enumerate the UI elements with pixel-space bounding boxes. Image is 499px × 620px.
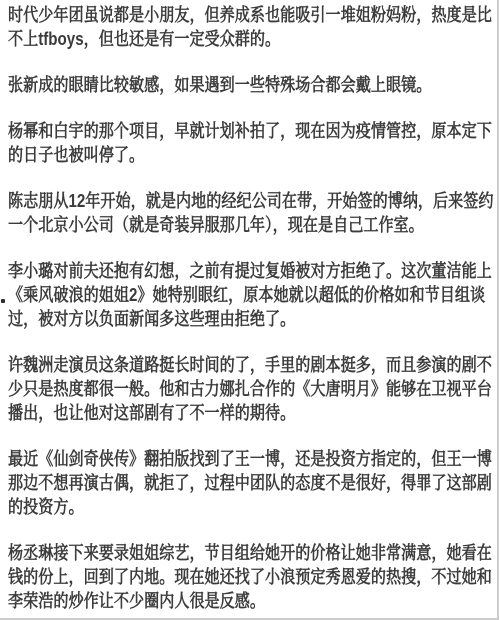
article-body: 时代少年团虽说都是小朋友，但养成系也能吸引一堆姐粉妈粉，热度是比不上tfboys… — [8, 3, 499, 613]
paragraph-wangyibo: 最近《仙剑奇侠传》翻拍版找到了王一博，还是投资方指定的，但王一博那边不想再演古偶… — [8, 447, 499, 519]
paragraph-chenzhipeng: 陈志朋从12年开始，就是内地的经纪公司在带，开始签的博纳，后来签约一个北京小公司… — [8, 189, 499, 237]
stray-dot-artifact — [1, 299, 5, 303]
paragraph-tnt: 时代少年团虽说都是小朋友，但养成系也能吸引一堆姐粉妈粉，热度是比不上tfboys… — [8, 3, 499, 51]
paragraph-zhangxincheng: 张新成的眼睛比较敏感，如果遇到一些特殊场合都会戴上眼镜。 — [8, 73, 499, 97]
paragraph-xuweizhou: 许魏洲走演员这条道路挺长时间的了，手里的剧本挺多，而且参演的剧不少只是热度都很一… — [8, 353, 499, 425]
gossip-text-screenshot-page: 时代少年团虽说都是小朋友，但养成系也能吸引一堆姐粉妈粉，热度是比不上tfboys… — [0, 0, 499, 620]
paragraph-yangchenglin: 杨丞琳接下来要录姐姐综艺，节目组给她开的价格让她非常满意，她看在钱的份上，回到了… — [8, 541, 499, 613]
paragraph-lixiaolu: 李小璐对前夫还抱有幻想，之前有提过复婚被对方拒绝了。这次董洁能上《乘风破浪的姐姐… — [8, 259, 499, 331]
paragraph-yangmi-baiyu: 杨幂和白宇的那个项目，早就计划补拍了，现在因为疫情管控，原本定下的日子也被叫停了… — [8, 119, 499, 167]
